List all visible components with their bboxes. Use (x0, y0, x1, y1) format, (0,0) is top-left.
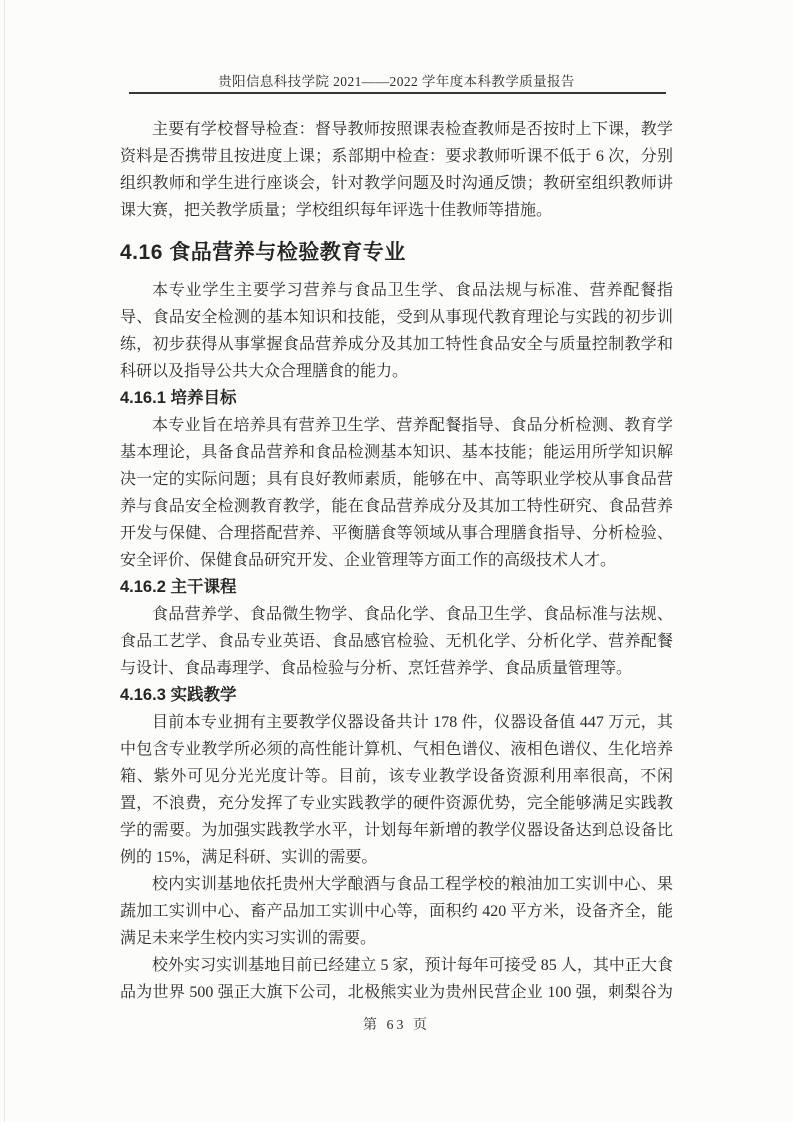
paragraph-external-training-base: 校外实习实训基地目前已经建立 5 家，预计每年可接受 85 人，其中正大食品为世… (120, 952, 673, 1006)
subsection-heading-4-16-3: 4.16.3 实践教学 (120, 682, 673, 709)
paragraph-school-supervision: 主要有学校督导检查：督导教师按照课表检查教师是否按时上下课，教学资料是否携带且按… (120, 116, 673, 224)
paragraph-training-objectives: 本专业旨在培养具有营养卫生学、营养配餐指导、食品分析检测、教育学基本理论，具备食… (120, 412, 673, 574)
document-page: 贵阳信息科技学院 2021——2022 学年度本科教学质量报告 主要有学校督导检… (0, 0, 793, 1122)
paragraph-core-courses: 食品营养学、食品微生物学、食品化学、食品卫生学、食品标准与法规、食品工艺学、食品… (120, 601, 673, 682)
document-body: 主要有学校督导检查：督导教师按照课表检查教师是否按时上下课，教学资料是否携带且按… (120, 116, 673, 1006)
subsection-heading-4-16-2: 4.16.2 主干课程 (120, 574, 673, 601)
subsection-heading-4-16-1: 4.16.1 培养目标 (120, 385, 673, 412)
paragraph-teaching-equipment: 目前本专业拥有主要教学仪器设备共计 178 件，仪器设备值 447 万元，其中包… (120, 709, 673, 871)
section-heading-4-16: 4.16 食品营养与检验教育专业 (120, 238, 673, 268)
scan-edge-line (4, 0, 5, 1122)
page-number: 第 63 页 (0, 1014, 793, 1034)
paragraph-campus-training-base: 校内实训基地依托贵州大学酿酒与食品工程学校的粮油加工实训中心、果蔬加工实训中心、… (120, 871, 673, 952)
header-rule (129, 92, 666, 94)
page-header-title: 贵阳信息科技学院 2021——2022 学年度本科教学质量报告 (0, 70, 793, 90)
paragraph-major-overview: 本专业学生主要学习营养与食品卫生学、食品法规与标准、营养配餐指导、食品安全检测的… (120, 277, 673, 385)
